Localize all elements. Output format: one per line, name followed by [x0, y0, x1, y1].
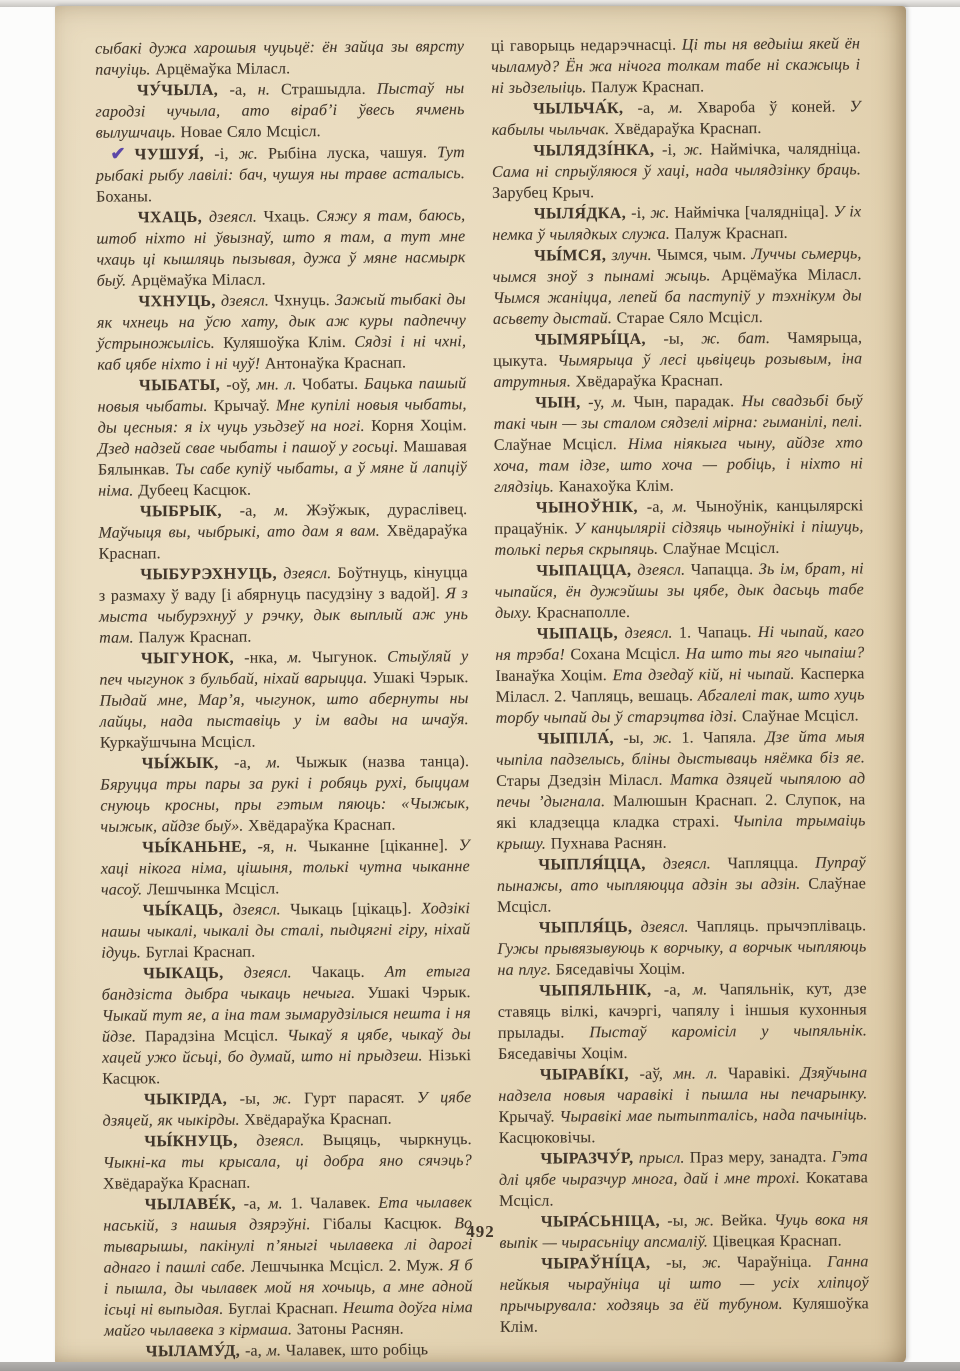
- text-run: ж.: [272, 1090, 304, 1107]
- text-run: -у,: [588, 394, 612, 411]
- text-run: Маўчыця вы, чыбрыкі, ато дам я вам.: [98, 523, 386, 542]
- text-run: Крычаў.: [214, 397, 276, 414]
- headword: ЧЫПЛЯ́ЦЬ,: [539, 919, 641, 937]
- text-run: 1. Чапаць.: [679, 624, 758, 642]
- text-run: ці гаворыць недарэчнасці.: [491, 37, 682, 55]
- text-run: Гурт парасят.: [304, 1089, 417, 1107]
- headword: ЧЫЛАМУ́Д,: [146, 1343, 245, 1361]
- text-run: дзеясл.: [256, 1132, 322, 1149]
- text-run: -і,: [214, 146, 238, 163]
- headword: ЧЫН,: [535, 394, 588, 411]
- text-run: -а,: [664, 982, 693, 999]
- headword: ЧЫБУРЭХНУЦЬ,: [140, 565, 283, 583]
- text-run: Крычаў.: [498, 1108, 559, 1125]
- text-run: Выцяць, чыркнуць.: [323, 1131, 472, 1149]
- dictionary-entry: ЧЫЛЬЧА́К, -а, м. Хвароба ў коней. У кабы…: [491, 96, 860, 141]
- dictionary-entry: ЧЫ́КАНЬНЕ, -я, н. Чыканне [ціканне]. У х…: [101, 835, 470, 901]
- text-run: -а,: [638, 100, 669, 117]
- text-run: -ы,: [623, 730, 653, 747]
- entry-continuation: ці гаворыць недарэчнасці. Ці ты ня ведыі…: [491, 33, 860, 99]
- dictionary-entry: ЧЫРАЗЧУ́Р, прысл. Праз меру, занадта. Гэ…: [499, 1146, 868, 1212]
- dictionary-entry: ЧХНУЦЬ, дзеясл. Чхнуць. Зажый тыбакі ды …: [97, 289, 467, 376]
- text-run: Страшыдла.: [281, 81, 377, 99]
- text-run: -а,: [244, 1195, 269, 1212]
- text-run: Антонаўка Краснап.: [265, 355, 406, 373]
- text-run: -і,: [662, 142, 684, 159]
- text-run: Палуж Краснап.: [675, 225, 788, 243]
- text-run: Слаўнае Мсцісл.: [742, 707, 859, 725]
- dictionary-entry: ЧЫКІРДА, -ы, ж. Гурт парасят. У цябе дзя…: [102, 1087, 471, 1132]
- text-run: дзеясл.: [209, 209, 264, 226]
- dictionary-entry: ЧЫРАВІ́КІ, -аў, мн. л. Чаравікі. Дзяўчын…: [498, 1062, 868, 1149]
- text-run: Лешчынка Мсцісл. 2. Муж.: [251, 1257, 449, 1275]
- text-run: дзеясл.: [637, 562, 691, 579]
- dictionary-entry: ЧЫ́КАЦЬ, дзеясл. Чыкаць [цікаць]. Ходзік…: [101, 898, 470, 964]
- headword: ЧЫРАЎНІ́ЦА,: [541, 1255, 666, 1273]
- headword: ЧЫКІРДА,: [144, 1091, 240, 1109]
- text-run: н.: [258, 81, 282, 98]
- text-run: -ы,: [663, 330, 701, 347]
- text-run: злучн.: [612, 247, 657, 264]
- checkmark-annotation-icon: ✔: [110, 143, 125, 163]
- headword: ЧЫ́КАНЬНЕ,: [142, 839, 257, 857]
- text-run: Куркаўшчына Мсцісл.: [100, 734, 256, 752]
- text-run: Хвёдараўка Краснап.: [248, 817, 396, 835]
- dictionary-entry: ЧЫЛЯ́ДКА, -і, ж. Наймічка [чалядніца]. У…: [492, 201, 861, 246]
- headword: ЧЫКАЦЬ,: [143, 965, 244, 983]
- text-run: -а,: [647, 499, 673, 516]
- text-run: Хвёдараўка Краснап.: [244, 1111, 392, 1129]
- text-run: Сама ні спрыўляюся ў хаці, нада чылядзін…: [492, 161, 861, 181]
- text-run: Касцюковічы.: [499, 1129, 596, 1147]
- text-run: ж.: [650, 205, 674, 222]
- text-run: Іванаўка Хоцім.: [495, 667, 612, 685]
- text-run: Пухнава Раснян.: [551, 835, 667, 853]
- book-page: сыбакі дужа харошыя чуцьцё: ён зайца зы …: [55, 6, 906, 1363]
- headword: ЧЫБРЫК,: [140, 503, 240, 521]
- text-run: -а,: [240, 502, 275, 519]
- dictionary-entry: ЧЫБУРЭХНУЦЬ, дзеясл. Боўтнуць, кінуцца з…: [99, 562, 469, 649]
- text-run: Ушакі Чэрык.: [372, 669, 468, 687]
- text-run: Чапацца.: [691, 561, 759, 578]
- text-run: дзеясл.: [663, 855, 728, 872]
- text-run: -і,: [631, 205, 650, 222]
- headword: ЧЫ́КНУЦЬ,: [144, 1133, 256, 1151]
- text-run: -аў,: [640, 1066, 674, 1083]
- dictionary-entry: ЧЫКАЦЬ, дзеясл. Чакаць. Ат етыга бандзіс…: [101, 961, 471, 1090]
- text-run: -я,: [257, 838, 285, 855]
- text-run: м.: [287, 649, 312, 666]
- dictionary-entry: ЧХАЦЬ, дзеясл. Чхаць. Сяжу я там, баюсь,…: [96, 205, 466, 292]
- headword: ЧЫЛЯ́ДКА,: [534, 205, 632, 223]
- text-run: ж.: [702, 1254, 737, 1271]
- dictionary-entry: ЧЫ́КНУЦЬ, дзеясл. Выцяць, чыркнуць. Чыкн…: [103, 1129, 472, 1195]
- text-run: Чын, парадак.: [634, 393, 742, 411]
- dictionary-entry: ЧЫПЛЯ́ЦЦА, дзеясл. Чапляцца. Пупраў пына…: [497, 852, 866, 918]
- text-run: Пыдай мне, Мар’я, чыгунок, што абернуты …: [100, 690, 469, 731]
- headword: ЧЫПЛЯ́ЦЦА,: [538, 856, 663, 874]
- text-run: Жэўжык, дураслівец.: [306, 501, 467, 519]
- text-run: -а,: [230, 82, 258, 99]
- text-run: Пыстаў каромісіл у чыпяльнік.: [589, 1022, 867, 1041]
- text-run: мн. л.: [256, 376, 302, 393]
- text-run: Чобаты.: [302, 376, 364, 393]
- headword: ЧЫРАВІ́КІ,: [540, 1066, 640, 1084]
- text-run: дзеясл.: [244, 964, 312, 981]
- text-run: Чакаць.: [312, 964, 385, 982]
- text-run: дзеясл.: [283, 565, 337, 582]
- headword: ЧЫ́КАЦЬ,: [143, 902, 233, 920]
- text-run: м.: [268, 1195, 290, 1212]
- dictionary-entry: ЧЫ́ЖЫК, -а, м. Чыжык (назва танца). Бяру…: [100, 751, 470, 838]
- headword: ЧЫМЯРЫ́ЦА,: [535, 331, 664, 349]
- headword: ЧЫЛЬЧА́К,: [533, 100, 638, 118]
- dictionary-entry: ЧЫПЛЯ́ЦЬ, дзеясл. Чапляць. прычэпліваць.…: [497, 915, 866, 981]
- headword: ЧЫПЯЛЬНІК,: [539, 982, 664, 1000]
- headword: ЧЫНОЎНІК,: [536, 499, 647, 517]
- text-run: Бяседавічы Хоцім.: [498, 1045, 628, 1063]
- text-run: прысл.: [639, 1150, 690, 1167]
- text-run: Хвёдараўка Краснап.: [614, 120, 762, 138]
- text-run: -ы,: [666, 1254, 702, 1271]
- text-run: Новае Сяло Мсцісл.: [180, 123, 320, 141]
- text-run: Слаўнае Мсцісл.: [663, 540, 780, 558]
- dictionary-entry: ЧЫБРЫК, -а, м. Жэўжык, дураслівец. Маўчы…: [98, 499, 467, 565]
- dictionary-entry: ЧЫПІЛА́, -ы, ж. 1. Чапяла. Дзе йта мыя ч…: [496, 726, 866, 855]
- column-left: сыбакі дужа харошыя чуцьцё: ён зайца зы …: [95, 36, 473, 1363]
- text-run: Затоны Раснян.: [297, 1321, 404, 1339]
- text-run: Чыжык (назва танца).: [296, 753, 469, 771]
- text-run: Боханы.: [96, 188, 152, 205]
- headword: ЧЫПАЦЦА,: [536, 562, 637, 580]
- dictionary-entry: ЧЫГУНОК, -нка, м. Чыгунок. Стыўляй у печ…: [99, 646, 469, 754]
- text-run: дзеясл.: [233, 901, 291, 918]
- dictionary-entry: ЧЫН, -у, м. Чын, парадак. Ны свадзьбі бы…: [493, 390, 863, 498]
- text-run: м.: [266, 754, 296, 771]
- text-run: 1. Чалавек.: [290, 1195, 378, 1213]
- text-run: Праз меру, занадта.: [690, 1149, 832, 1167]
- scan-edge-bottom: [0, 1362, 960, 1371]
- headword: ЧУ́ЧЫЛА,: [137, 82, 230, 100]
- dictionary-entry: ЧЫПЯЛЬНІК, -а, м. Чапяльнік, кут, дзе ст…: [498, 978, 868, 1065]
- headword: ЧЫ́МСЯ,: [534, 247, 612, 265]
- text-run: дзеясл.: [625, 625, 679, 642]
- headword: ЧЫЛЯДЗІ́НКА,: [533, 142, 662, 160]
- headword: ЧЫПАЦЬ,: [537, 625, 625, 643]
- text-run: м.: [673, 498, 696, 515]
- text-run: Арцёмаўка Міласл.: [131, 271, 266, 289]
- text-run: Слаўнае Мсцісл.: [494, 436, 628, 454]
- text-run: Сохана Мсцісл.: [570, 646, 685, 664]
- text-run: м.: [612, 394, 634, 411]
- headword: ЧХАЦЬ,: [138, 209, 209, 226]
- text-run: Рыбіна луска, чашуя.: [268, 144, 437, 162]
- text-run: 1. Чапяла.: [681, 729, 765, 747]
- text-run: Чыравікі мае пытыпталісь, нада пачыніць.: [559, 1106, 867, 1125]
- text-run: -ы,: [240, 1090, 273, 1107]
- text-run: мн. л.: [673, 1065, 728, 1082]
- text-run: Чаравікі.: [728, 1065, 801, 1083]
- dictionary-entry: ЧЫЛАВЕ́К, -а, м. 1. Чалавек. Ета чылавек…: [103, 1192, 473, 1342]
- text-run: Парадзіна Мсцісл.: [145, 1027, 287, 1045]
- text-run: Палуж Краснап.: [591, 78, 704, 96]
- dictionary-entry: ЧЫБАТЫ, -оў, мн. л. Чобаты. Бацька пашый…: [97, 373, 467, 502]
- headword: ЧУШУЯ́,: [135, 146, 215, 164]
- text-block: сыбакі дужа харошыя чуцьцё: ён зайца зы …: [95, 33, 870, 1362]
- text-run: Ета дзедаў кій, ні чыпай.: [612, 666, 800, 684]
- text-run: Стары Дзедзін Міласл.: [496, 772, 670, 790]
- text-run: -нка,: [244, 649, 287, 666]
- text-run: Наймічка, чалядніца.: [710, 140, 860, 158]
- text-run: м.: [693, 981, 720, 998]
- text-run: На што ты яго чыпаіш?: [686, 644, 865, 662]
- headword: ЧЫЛАВЕ́К,: [145, 1196, 244, 1214]
- dictionary-entry: ЧЫНОЎНІК, -а, м. Чыноўнік, канцылярскі п…: [494, 495, 863, 561]
- text-run: Чараўніца.: [737, 1254, 827, 1272]
- headword: ЧЫБАТЫ,: [139, 377, 226, 395]
- text-run: Корня Хоцім.: [371, 417, 467, 435]
- text-run: -оў,: [226, 377, 256, 394]
- text-run: Чхаць.: [264, 208, 317, 225]
- text-run: Чыкні-ка ты крысала, ці добра яно сячэць…: [103, 1152, 472, 1172]
- dictionary-entry: ЧЫПАЦЦА, дзеясл. Чапацца. Зь ім, брат, н…: [495, 558, 864, 624]
- text-run: Буглаі Краснап.: [228, 1300, 343, 1318]
- dictionary-entry: ЧЫРАЎНІ́ЦА, -ы, ж. Чараўніца. Ганна нейк…: [500, 1251, 870, 1338]
- text-run: Хвёдараўка Краснап.: [576, 372, 724, 390]
- text-run: Старае Сяло Мсцісл.: [617, 309, 763, 327]
- dictionary-entry: ЧЫЛЯДЗІ́НКА, -і, ж. Наймічка, чалядніца.…: [492, 138, 861, 204]
- text-run: Зарубец Крыч.: [492, 184, 594, 202]
- text-run: Чапляць. прычэпліваць.: [697, 917, 867, 935]
- text-run: м.: [267, 1342, 286, 1359]
- headword: ЧЫ́ЖЫК,: [142, 755, 235, 773]
- text-run: ж.: [653, 730, 681, 747]
- entry-continuation: сыбакі дужа харошыя чуцьцё: ён зайца зы …: [95, 36, 464, 81]
- text-run: Дзед надзей свае чыбаты і пашоў у госьці…: [98, 439, 404, 458]
- text-run: -а,: [234, 754, 266, 771]
- text-run: Чыкаць [цікаць].: [290, 900, 421, 918]
- dictionary-entry: ✔ЧУШУЯ́, -і, ж. Рыбіна луска, чашуя. Тут…: [96, 141, 465, 208]
- text-run: Наймічка [чалядніца].: [674, 204, 833, 222]
- text-run: ж.: [684, 141, 711, 158]
- dictionary-entry: ЧЫЛАМУ́Д, -а, м. Чалавек, што робіць: [104, 1339, 473, 1363]
- text-run: Хвароба ў коней.: [697, 98, 850, 116]
- text-run: Дубеец Касцюк.: [138, 482, 251, 500]
- text-run: Арцёмаўка Міласл.: [155, 60, 290, 78]
- text-run: Ушакі Чэрык.: [367, 984, 470, 1002]
- dictionary-entry: ЧЫМЯРЫ́ЦА, -ы, ж. бат. Чамярыца, цыкута.…: [493, 327, 862, 393]
- text-run: дзеясл.: [221, 292, 274, 309]
- text-run: Чхнуць.: [274, 292, 335, 309]
- page-number: 492: [55, 1222, 906, 1242]
- text-run: ж.: [239, 145, 268, 162]
- headword: ЧХНУЦЬ,: [138, 293, 221, 311]
- text-run: -а,: [245, 1343, 267, 1360]
- text-run: Куляшоўка Клім.: [223, 334, 354, 352]
- text-run: Хвёдараўка Краснап.: [103, 1175, 251, 1193]
- text-run: Буглаі Краснап.: [146, 944, 256, 962]
- text-run: Палуж Краснап.: [138, 629, 251, 647]
- text-run: м.: [668, 99, 697, 116]
- text-run: дзеясл.: [641, 918, 697, 935]
- text-run: ж. бат.: [701, 330, 787, 348]
- column-right: ці гаворыць недарэчнасці. Ці ты ня ведыі…: [491, 33, 869, 1360]
- dictionary-entry: ЧЫПАЦЬ, дзеясл. 1. Чапаць. Ні чыпай, каг…: [495, 621, 865, 729]
- text-run: Чыгунок.: [312, 649, 387, 667]
- headword: ЧЫГУНОК,: [141, 650, 244, 668]
- dictionary-entry: ЧЫ́МСЯ, злучн. Чымся, чым. Луччы сьмерць…: [492, 243, 862, 330]
- text-run: Лешчынка Мсцісл.: [147, 880, 280, 898]
- text-run: Бяседавічы Хоцім.: [556, 961, 686, 979]
- headword: ЧЫРАЗЧУ́Р,: [540, 1150, 639, 1168]
- text-run: Арцёмаўка Міласл.: [721, 266, 862, 284]
- text-run: Краснаполле.: [537, 604, 631, 622]
- text-run: м.: [274, 502, 306, 519]
- text-run: Чыканне [ціканне].: [308, 837, 459, 855]
- dictionary-entry: ЧУ́ЧЫЛА, -а, н. Страшыдла. Пыстаў ны гар…: [95, 78, 464, 144]
- headword: ЧЫПІЛА́,: [537, 730, 623, 748]
- text-run: Канахоўка Клім.: [559, 478, 674, 496]
- text-run: н.: [285, 838, 308, 855]
- text-run: Чымся, чым.: [657, 246, 752, 264]
- text-run: Чалавек, што робіць: [286, 1341, 429, 1359]
- text-run: Чапляцца.: [728, 855, 816, 873]
